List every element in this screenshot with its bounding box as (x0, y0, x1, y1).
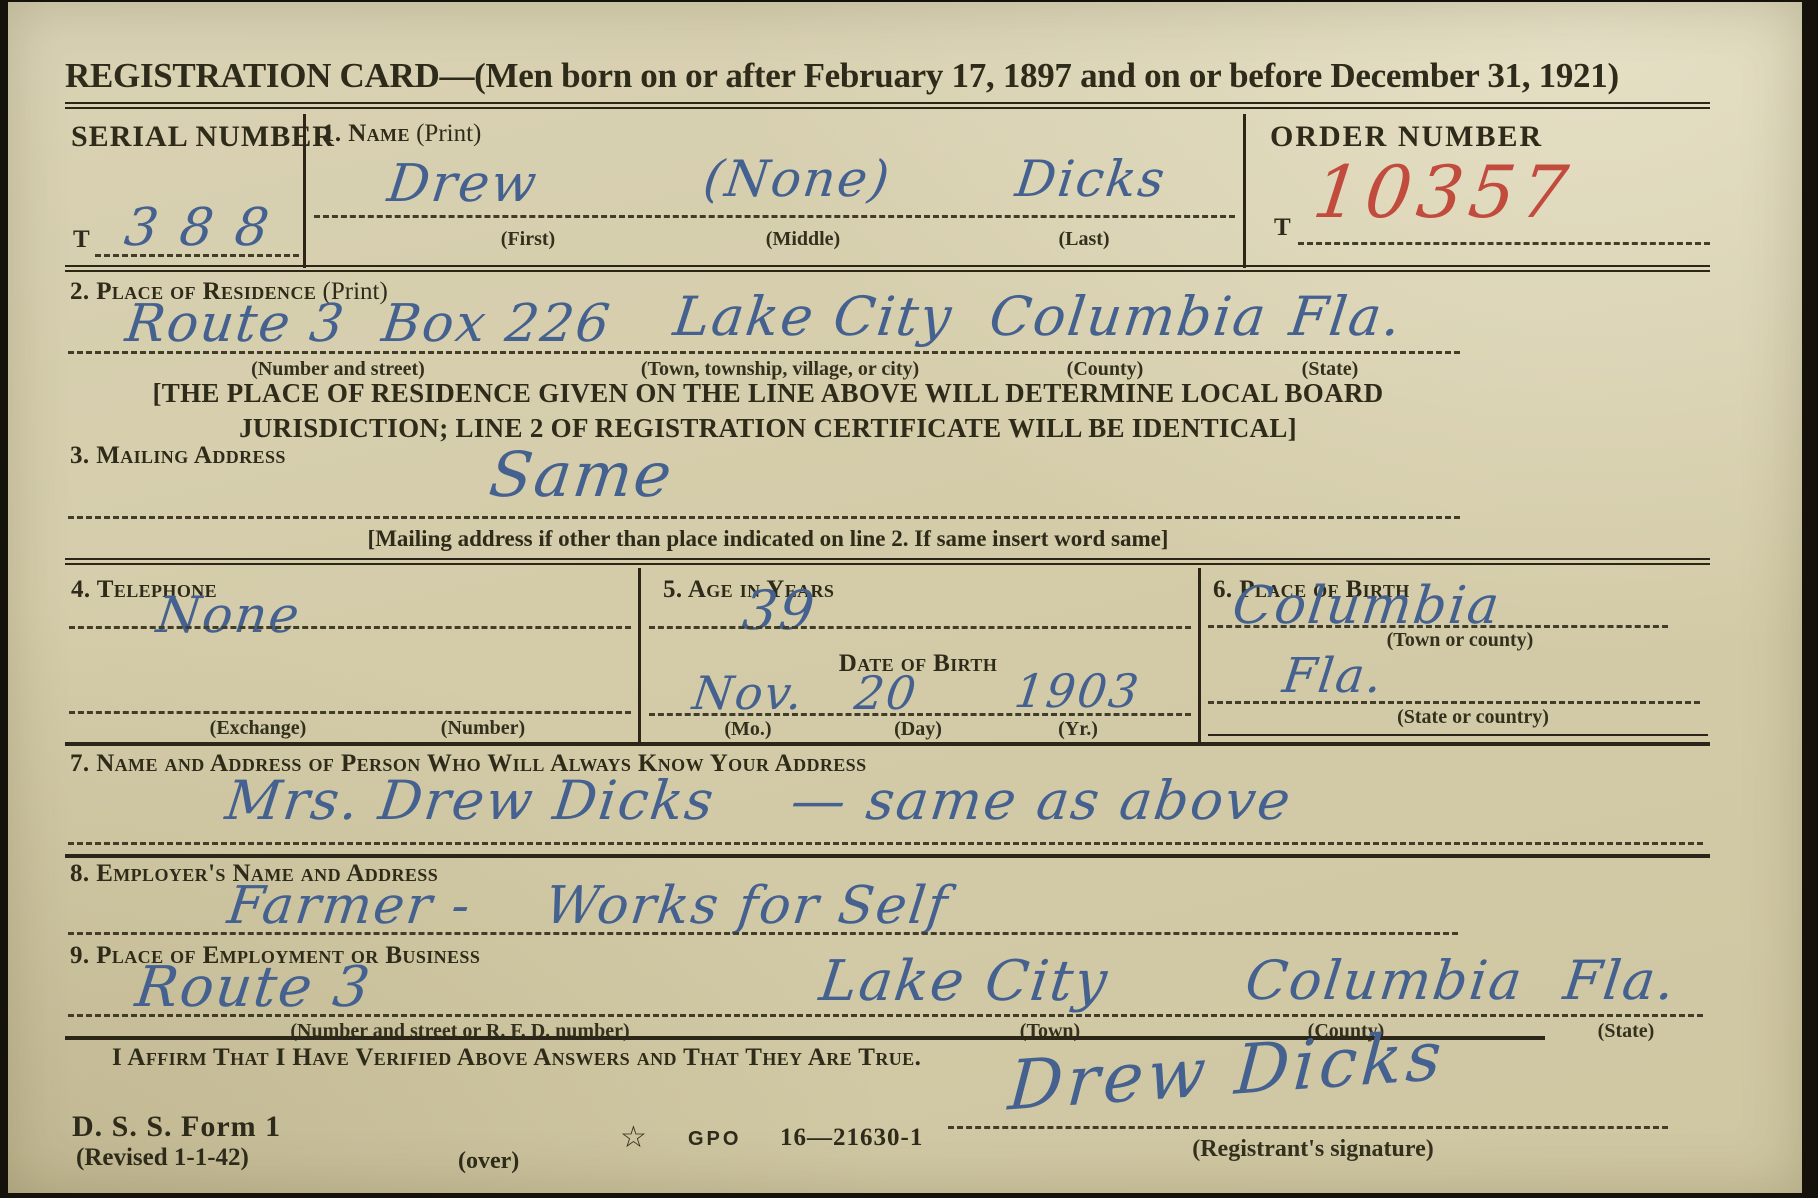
employment-town-value: Lake City (817, 954, 1112, 1010)
employment-county-value: Columbia (1243, 954, 1527, 1008)
employment-sub-state: (State) (1598, 1020, 1655, 1043)
jurisdiction-line2: JURISDICTION; LINE 2 OF REGISTRATION CER… (68, 411, 1468, 446)
scan-background: REGISTRATION CARD—(Men born on or after … (0, 0, 1818, 1198)
dob-sub-day: (Day) (894, 718, 942, 741)
dob-write-line (649, 713, 1191, 716)
form-number: D. S. S. Form 1 (72, 1110, 281, 1144)
row1-divider (65, 265, 1710, 272)
serial-number-label: SERIAL NUMBER (71, 120, 335, 154)
name-label-print: (Print) (416, 120, 481, 147)
order-value: 10357 (1310, 156, 1578, 228)
birthplace-state-line (1208, 701, 1700, 704)
employment-state-value: Fla. (1561, 954, 1680, 1008)
name-last-value: Dicks (1013, 154, 1169, 204)
jurisdiction-note: [THE PLACE OF RESIDENCE GIVEN ON THE LIN… (68, 376, 1468, 446)
card-title: REGISTRATION CARD—(Men born on or after … (65, 56, 1619, 96)
employer-value: Farmer - Works for Self (225, 880, 952, 932)
employer-write-line (68, 932, 1458, 935)
telephone-write-line (69, 626, 631, 629)
serial-prefix: T (73, 226, 90, 254)
birth-day-value: 20 (852, 670, 920, 716)
row456-divider (65, 742, 1710, 746)
name-label: 1. Name (Print) (322, 120, 481, 148)
column-divider (1198, 568, 1201, 742)
birthplace-sub-town: (Town or county) (1387, 629, 1534, 652)
signature-line (948, 1126, 1668, 1129)
mailing-divider (65, 558, 1710, 565)
age-write-line (649, 626, 1191, 629)
header-row: SERIAL NUMBER T 388 1. Name (Print) Drew… (65, 114, 1710, 268)
mailing-value: Same (486, 444, 677, 506)
order-prefix: T (1274, 214, 1291, 242)
birthplace-sub-state: (State or country) (1397, 706, 1549, 729)
employment-street-value: Route 3 (133, 960, 375, 1016)
order-number-box: ORDER NUMBER T 10357 (1246, 114, 1710, 268)
telephone-sub-exchange: (Exchange) (210, 717, 307, 740)
star-icon: ☆ (620, 1120, 647, 1155)
signature-sub-label: (Registrant's signature) (1192, 1136, 1434, 1163)
affirmation-text: I Affirm That I Have Verified Above Answ… (112, 1044, 921, 1072)
contact-value: Mrs. Drew Dicks — same as above (223, 774, 1295, 828)
print-code: 16—21630-1 (780, 1124, 923, 1152)
telephone-value: None (154, 590, 304, 640)
name-sub-middle: (Middle) (766, 228, 840, 251)
order-number-label: ORDER NUMBER (1270, 120, 1543, 154)
birth-year-value: 1903 (1012, 668, 1143, 714)
column-divider (638, 568, 641, 742)
birth-month-value: Nov. (690, 670, 807, 716)
name-box: 1. Name (Print) Drew (None) Dicks (First… (303, 114, 1246, 268)
birthplace-town-line (1208, 625, 1668, 628)
name-first-value: Drew (385, 158, 541, 210)
jurisdiction-line1: [THE PLACE OF RESIDENCE GIVEN ON THE LIN… (68, 376, 1468, 411)
telephone-lower-line (69, 711, 631, 714)
mailing-note: [Mailing address if other than place ind… (68, 526, 1468, 552)
title-divider (65, 102, 1710, 109)
name-write-line (314, 215, 1235, 218)
name-sub-last: (Last) (1058, 228, 1109, 251)
contact-write-line (68, 842, 1703, 845)
birthplace-bottom-line (1208, 734, 1708, 736)
residence-county-value: Columbia (987, 290, 1271, 344)
age-value: 39 (740, 584, 819, 638)
registration-card: REGISTRATION CARD—(Men born on or after … (8, 2, 1802, 1193)
residence-street-value: Route 3 Box 226 (123, 298, 614, 350)
birthplace-state-value: Fla. (1280, 652, 1386, 700)
serial-number-box: SERIAL NUMBER T 388 (65, 114, 303, 268)
gpo-mark: GPO (688, 1128, 741, 1151)
residence-town-value: Lake City (671, 290, 956, 344)
name-label-text: 1. Name (322, 120, 410, 147)
over-note: (over) (458, 1148, 519, 1175)
residence-state-value: Fla. (1287, 290, 1406, 344)
name-middle-value: (None) (701, 154, 894, 204)
serial-value: 388 (122, 202, 294, 254)
order-write-line (1298, 242, 1710, 245)
employment-write-line (68, 1014, 1703, 1017)
mailing-write-line (68, 516, 1460, 519)
form-revision: (Revised 1-1-42) (76, 1144, 249, 1172)
telephone-sub-number: (Number) (441, 717, 525, 740)
residence-write-line (68, 351, 1460, 354)
contact-divider (65, 854, 1710, 858)
phone-age-birth-row: 4. Telephone None (Exchange) (Number) 5.… (65, 568, 1710, 742)
dob-sub-year: (Yr.) (1058, 718, 1098, 741)
dob-sub-month: (Mo.) (724, 718, 771, 741)
mailing-label: 3. Mailing Address (70, 442, 286, 470)
name-sub-first: (First) (501, 228, 555, 251)
